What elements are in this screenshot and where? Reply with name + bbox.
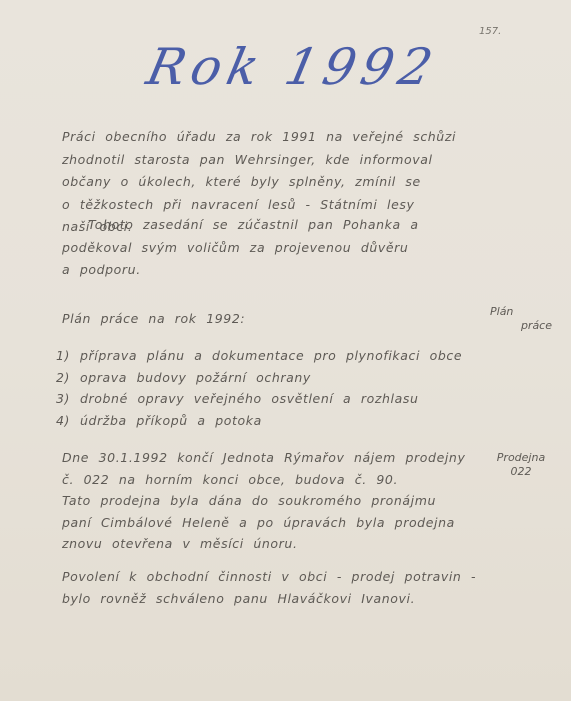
plan-item-text: údržba příkopů a potoka (80, 413, 262, 428)
text-line: občany o úkolech, které byly splněny, zm… (62, 171, 456, 194)
plan-item-number: 2) (56, 367, 80, 389)
text-line: bylo rovněž schváleno panu Hlaváčkovi Iv… (62, 588, 476, 610)
plan-item: 2)oprava budovy požární ochrany (56, 367, 462, 389)
plan-item-text: příprava plánu a dokumentace pro plynofi… (80, 348, 462, 363)
plan-item: 1)příprava plánu a dokumentace pro plyno… (56, 345, 462, 367)
text-line: znovu otevřena v měsíci únoru. (62, 533, 465, 555)
plan-item-number: 1) (56, 345, 80, 367)
plan-list: 1)příprava plánu a dokumentace pro plyno… (56, 345, 462, 431)
text-line: a podporu. (62, 259, 419, 282)
plan-item-number: 4) (56, 410, 80, 432)
text-line: poděkoval svým voličům za projevenou dův… (62, 237, 419, 260)
paragraph-trade-permit: Povolení k obchodní činnosti v obci - pr… (62, 566, 476, 610)
text-line: Povolení k obchodní činnosti v obci - pr… (62, 566, 476, 588)
plan-item: 3)drobné opravy veřejného osvětlení a ro… (56, 388, 462, 410)
paragraph-shop-022: Dne 30.1.1992 končí Jednota Rýmařov náje… (62, 447, 465, 555)
chronicle-page: 157. Rok 1992 Práci obecního úřadu za ro… (0, 0, 571, 701)
text-line: Tato prodejna byla dána do soukromého pr… (62, 490, 465, 512)
text-line: paní Cimbálové Heleně a po úpravách byla… (62, 512, 465, 534)
margin-note-line: 022 (484, 465, 558, 479)
margin-note-prodejna: Prodejna 022 (484, 451, 558, 479)
margin-note-line: Prodejna (484, 451, 558, 465)
page-number: 157. (479, 26, 501, 37)
plan-item-text: oprava budovy požární ochrany (80, 370, 311, 385)
margin-note-line: Plán (490, 305, 552, 319)
text-line: o těžkostech při navracení lesů - Státní… (62, 194, 456, 217)
text-line: zhodnotil starosta pan Wehrsinger, kde i… (62, 149, 456, 172)
text-line: Tohoto zasedání se zúčastnil pan Pohanka… (62, 214, 419, 237)
plan-item: 4)údržba příkopů a potoka (56, 410, 462, 432)
text-line: Práci obecního úřadu za rok 1991 na veře… (62, 126, 456, 149)
margin-note-plan: Plán práce (490, 305, 552, 333)
plan-item-number: 3) (56, 388, 80, 410)
paragraph-pohanka-thanks: Tohoto zasedání se zúčastnil pan Pohanka… (62, 214, 419, 282)
margin-note-line: práce (490, 319, 552, 333)
text-line: č. 022 na horním konci obce, budova č. 9… (62, 469, 465, 491)
page-title: Rok 1992 (142, 38, 444, 96)
text-line: Dne 30.1.1992 končí Jednota Rýmařov náje… (62, 447, 465, 469)
plan-heading: Plán práce na rok 1992: (62, 308, 245, 331)
plan-item-text: drobné opravy veřejného osvětlení a rozh… (80, 391, 419, 406)
